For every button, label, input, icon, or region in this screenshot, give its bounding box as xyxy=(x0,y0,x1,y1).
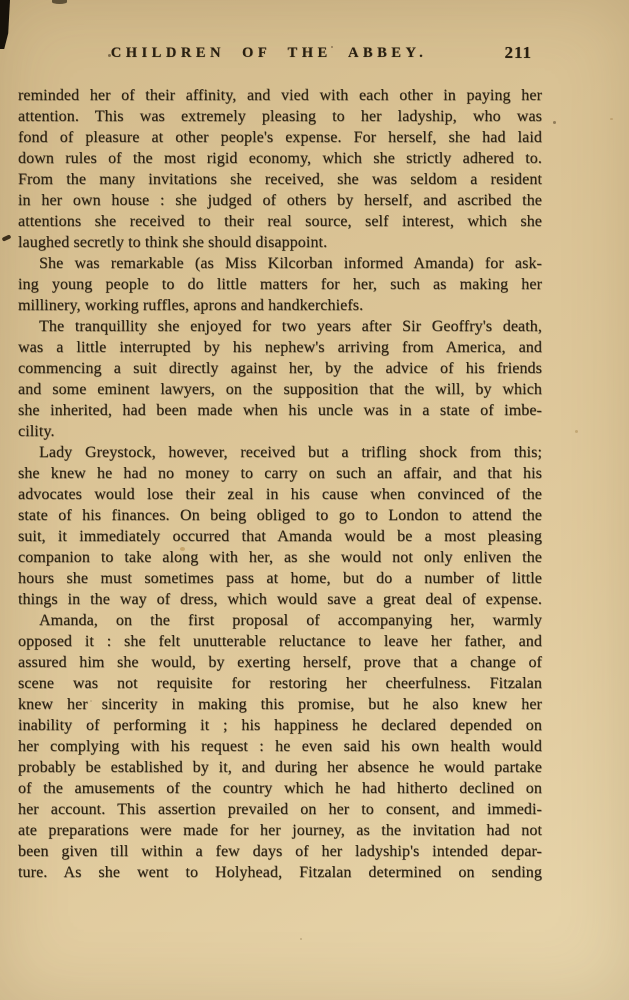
text-line: Amanda, on the first proposal of accompa… xyxy=(18,610,542,631)
text-line: commencing a suit directly against her, … xyxy=(18,358,542,379)
text-line: ture. As she went to Holyhead, Fitzalan … xyxy=(18,862,542,883)
text-line: From the many invitations she received, … xyxy=(18,169,542,190)
scanned-book-page: CHILDREN OF THE ABBEY. 211 reminded her … xyxy=(0,0,629,1000)
text-line: was a little interrupted by his nephew's… xyxy=(18,337,542,358)
text-line: attention. This was extremely pleasing t… xyxy=(18,106,542,127)
paper-speck xyxy=(575,430,578,433)
text-line: cility. xyxy=(18,421,542,442)
text-line: down rules of the most rigid economy, wh… xyxy=(18,148,542,169)
text-line: her complying with his request : he even… xyxy=(18,736,542,757)
text-line: scene was not requisite for restoring he… xyxy=(18,673,542,694)
margin-ink-mark xyxy=(2,234,12,241)
text-line: opposed it : she felt unutterable reluct… xyxy=(18,631,542,652)
paper-speck xyxy=(553,121,556,124)
scan-edge-artifact xyxy=(0,0,10,49)
text-line: probably be established by it, and durin… xyxy=(18,757,542,778)
text-line: hours she must sometimes pass at home, b… xyxy=(18,568,542,589)
text-line: ate preparations were made for her journ… xyxy=(18,820,542,841)
text-line: fond of pleasure at other people's expen… xyxy=(18,127,542,148)
text-line: assured him she would, by exerting herse… xyxy=(18,652,542,673)
text-line: things in the way of dress, which would … xyxy=(18,589,542,610)
text-line: she inherited, had been made when his un… xyxy=(18,400,542,421)
text-line: attentions she received to their real so… xyxy=(18,211,542,232)
page-body: reminded her of their affinity, and vied… xyxy=(18,85,542,883)
page-number: 211 xyxy=(504,43,532,63)
text-line: knew her sincerity in making this promis… xyxy=(18,694,542,715)
text-line: been given till within a few days of her… xyxy=(18,841,542,862)
running-title: CHILDREN OF THE ABBEY. xyxy=(7,43,531,62)
text-line: millinery, working ruffles, aprons and h… xyxy=(18,295,542,316)
text-line: state of his finances. On being obliged … xyxy=(18,505,542,526)
paper-speck xyxy=(300,938,302,940)
text-line: suit, it immediately occurred that Amand… xyxy=(18,526,542,547)
text-line: companion to take along with her, as she… xyxy=(18,547,542,568)
text-line: and some eminent lawyers, on the supposi… xyxy=(18,379,542,400)
paper-speck xyxy=(610,118,613,120)
text-line: Lady Greystock, however, received but a … xyxy=(18,442,542,463)
text-line: advocates would lose their zeal in his c… xyxy=(18,484,542,505)
text-line: of the amusements of the country which h… xyxy=(18,778,542,799)
paragraph: Amanda, on the first proposal of accompa… xyxy=(18,610,542,883)
paragraph: reminded her of their affinity, and vied… xyxy=(18,85,542,253)
text-line: reminded her of their affinity, and vied… xyxy=(18,85,542,106)
page-header: CHILDREN OF THE ABBEY. 211 xyxy=(18,43,542,65)
text-line: The tranquillity she enjoyed for two yea… xyxy=(18,316,542,337)
text-line: she knew he had no money to carry on suc… xyxy=(18,463,542,484)
text-line: ing young people to do little matters fo… xyxy=(18,274,542,295)
text-line: her account. This assertion prevailed on… xyxy=(18,799,542,820)
text-line: in her own house : she judged of others … xyxy=(18,190,542,211)
text-line: laughed secretly to think she should dis… xyxy=(18,232,542,253)
paragraph: Lady Greystock, however, received but a … xyxy=(18,442,542,610)
paragraph: The tranquillity she enjoyed for two yea… xyxy=(18,316,542,442)
text-line: She was remarkable (as Miss Kilcorban in… xyxy=(18,253,542,274)
text-line: inability of performing it ; his happine… xyxy=(18,715,542,736)
scan-smudge xyxy=(52,0,67,4)
paragraph: She was remarkable (as Miss Kilcorban in… xyxy=(18,253,542,316)
